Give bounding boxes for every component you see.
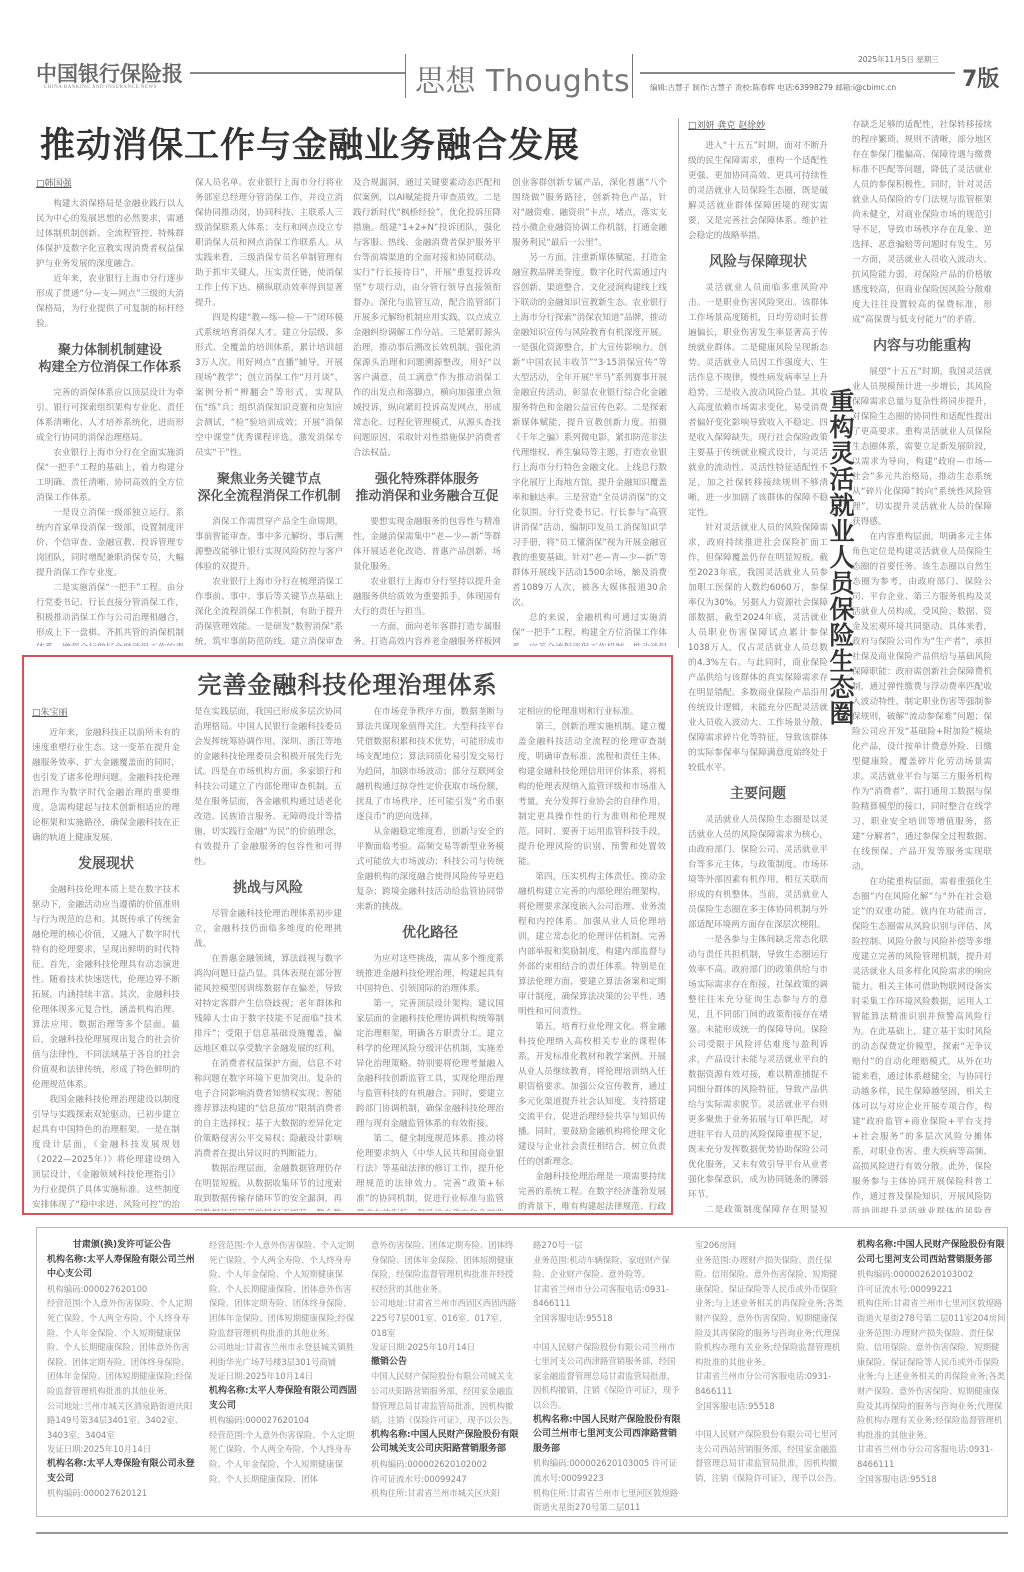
heading-line: 聚焦业务关键节点 — [195, 471, 343, 488]
business-scope: 意外伤害保险、团体定期寿险、团体终身保险、团体年金保险、团体短期健康保险，经保险… — [371, 1238, 521, 1296]
paragraph: 近年来，金融科技正以前所未有的速度重塑行业生态。这一变革在提升金融服务效率、扩大… — [32, 726, 180, 846]
paragraph: 进入“十五五”时期，面对不断升级的民生保障需求，重构一个适配性更强、更加协同高效… — [688, 139, 828, 244]
institution-name: 机构名称:太平人寿保险有限公司兰州中心支公司 — [47, 1253, 197, 1282]
institution-name: 机构名称:太平人寿保险有限公司西固支公司 — [209, 1384, 359, 1413]
institution-code: 机构编码:000027620100 — [47, 1282, 197, 1297]
article2-column-3: 在市场竞争秩序方面，数据垄断与算法共谋现象值得关注。大型科技平台凭借数据积累和技… — [356, 705, 504, 1211]
column-divider — [678, 118, 679, 648]
newspaper-logo-en: CHINA BANKING AND INSURANCE NEWS — [44, 85, 157, 90]
bottom-rule — [36, 1532, 1008, 1534]
header-rule — [640, 72, 955, 74]
paragraph: 定相应的伦理准则和行业标准。 — [518, 705, 666, 720]
article1-column-3: 及合规漏洞，通过关键要素动态匹配和似案例，以AI赋能提升审查质效。二是践行新时代… — [353, 176, 501, 646]
newspaper-logo: 中国银行保险报 — [36, 58, 183, 88]
article3-vertical-title: 重构灵活就业人员保险生态圈 — [823, 388, 853, 726]
business-scope: 经营范围:个人意外伤害保险、个人定期死亡保险、个人两全寿险、个人终身寿险、个人年… — [47, 1296, 197, 1398]
paragraph: 消保工作需贯穿产品全生命周期。事前智能审查、事中多元解纷、事后溯源整改能够让银行… — [195, 515, 343, 575]
issue-date: 发证日期:2025年10月14日 — [371, 1340, 521, 1355]
heading-line: 构建全方位消保工作体系 — [36, 359, 184, 376]
article2-box: 完善金融科技伦理治理体系 □朱宝丽 近年来，金融科技正以前所未有的速度重塑行业生… — [22, 655, 673, 1215]
national-phone: 全国客服电话:95518 — [857, 1472, 1007, 1487]
notice-column-3: 意外伤害保险、团体定期寿险、团体终身保险、团体年金保险、团体短期健康保险，经保险… — [371, 1238, 521, 1501]
section-heading: 内容与功能重构 — [852, 338, 992, 355]
notice-column-5: 室206房间 业务范围:办理财产损失保险、责任保险、信用保险、意外伤害保险、短期… — [695, 1238, 845, 1486]
section-title: 思想 Thoughts — [415, 56, 630, 100]
header-divider — [405, 54, 406, 98]
paragraph: 在市场竞争秩序方面，数据垄断与算法共谋现象值得关注。大型科技平台凭借数据积累和技… — [356, 705, 504, 825]
paragraph: 在消费者权益保护方面，信息不对称问题在数字环境下更加突出。复杂的电子合同影响消费… — [194, 1057, 342, 1162]
paragraph: 四是构建“教—练—检—干”闭环模式系统培育消保人才。建立分层级、多形式、全覆盖的… — [195, 311, 343, 461]
national-phone: 全国客服电话:95518 — [533, 1311, 683, 1326]
institution-address: 机构住所:甘肃省兰州市七里河区敦煌路街道火星街270号第二层011 — [533, 1486, 683, 1515]
section-heading: 风险与保障现状 — [688, 254, 828, 271]
paragraph: 一是设立消保一级部独立运行。系统内首家单设消保一级部，设置制度评价、个信审查、金… — [36, 506, 184, 581]
editor-credits: 编辑:古慧子 制作:古慧子 责校:陈春辉 电话:63998279 邮箱:i@cb… — [650, 82, 896, 93]
license-number: 许可证流水号:00099247 — [371, 1472, 521, 1487]
paragraph: 第一，完善顶层设计架构。建议国家层面的金融科技伦理协调机构统筹制定治理框架，明确… — [356, 997, 504, 1132]
paragraph: 总的来说，金融机构可通过实施消保“一把手”工程，构建全方位消保工作体系，完善全流… — [512, 611, 667, 646]
business-scope: 经营范围:个人意外伤害保险、个人定期死亡保险、个人两全寿险、个人终身寿险、个人年… — [209, 1238, 359, 1340]
paragraph: 一是各参与主体间缺乏常态化联动与责任共担机制，导致生态圈运行效率不高。政府部门的… — [688, 933, 828, 1203]
service-phone: 甘肃省兰州市分公司客服电话:0931-8466111 — [695, 1369, 845, 1398]
article3-column-1: □刘妍 龚克 赵徐妙 进入“十五五”时期，面对不断升级的民生保障需求，重构一个适… — [688, 118, 828, 1213]
revocation-title: 撤销公告 — [371, 1355, 521, 1370]
institution-code: 机构编码:000027620104 — [209, 1413, 359, 1428]
business-scope: 业务范围:办理财产损失保险、责任保险、信用保险、意外伤害保险、短期健康保险、保证… — [857, 1326, 1007, 1443]
paragraph: 创业客群创新专属产品，深化普惠“八个围绕做”服务路径，创新特色产品，针对“融资难… — [512, 176, 667, 251]
paragraph: 完善的消保体系应以顶层设计为牵引。银行可探索组织架构专业化、责任体系清晰化、人才… — [36, 386, 184, 446]
notice-column-1: 甘肃颁(换)发许可证公告 机构名称:太平人寿保险有限公司兰州中心支公司 机构编码… — [47, 1238, 197, 1501]
paragraph: 灵活就业人员保险生态圈是以灵活就业人员的风险保障需求为核心，由政府部门、保险公司… — [688, 813, 828, 933]
paragraph: 针对灵活就业人员的风险保障需求，政府持续推进社会保险扩面工作，但保障覆盖仍存在明… — [688, 521, 828, 776]
institution-address: 机构住所:甘肃省兰州市城关区庆阳 — [371, 1486, 521, 1501]
paragraph: 灵活就业人员面临多重风险冲击。一是职业伤害风险突出。该群体工作场景高度随机，日均… — [688, 281, 828, 521]
institution-address: 公司地址:兰州市城关区酒泉路街道庆阳路149号第34层3401室、3402室、3… — [47, 1399, 197, 1443]
notice-column-2: 经营范围:个人意外伤害保险、个人定期死亡保险、个人两全寿险、个人终身寿险、个人年… — [209, 1238, 359, 1486]
paragraph: 在内容重构层面，明确多元主体角色定位是构建灵活就业人员保险生态圈的首要任务。该生… — [852, 530, 992, 875]
national-phone: 全国客服电话:95518 — [695, 1399, 845, 1414]
paragraph: 存缺乏足够的适配性，社保转移接续的程序繁琐、规则不清晰，部分地区存在参保门槛偏高… — [852, 118, 992, 328]
issue-date: 2025年11月5日 星期三 — [858, 54, 939, 65]
paragraph: 第四，压实机构主体责任。推动金融机构建立完善的内部伦理治理架构，将伦理要求深度嵌… — [518, 870, 666, 1020]
paragraph: 第五，培育行业伦理文化。将金融科技伦理纳入高校相关专业的课程体系，开发标准化教材… — [518, 1020, 666, 1170]
institution-name: 机构名称:太平人寿保险有限公司永登支公司 — [47, 1457, 197, 1486]
spacer — [533, 1326, 683, 1340]
paragraph: 二是实施消保“一把手”工程。由分行党委书记、行长直接分管消保工作，积极推动消保工… — [36, 581, 184, 646]
institution-address: 公司地址:甘肃省兰州市永登县城关镇胜利街华光广场7号楼3层301号商铺 — [209, 1340, 359, 1369]
paragraph: 要想实现金融服务的包容性与精准性，金融消保需集中“老—少—新”等群体开展适老化改… — [353, 515, 501, 575]
notice-column-4: 路270号一层 业务范围:机动车辆保险、家庭财产保险、企业财产保险、意外险等。 … — [533, 1238, 683, 1515]
notice-title: 甘肃颁(换)发许可证公告 — [47, 1238, 197, 1253]
heading-line: 强化特殊群体服务 — [353, 471, 501, 488]
paragraph: 另一方面，注重新媒体赋能，打造金融宣教品牌美誉度。数字化时代需通过内容创新、渠道… — [512, 251, 667, 611]
paragraph: 农业银行上海市分行在梳理消保工作事前、事中、事后等关键节点基础上深化全流程消保工… — [195, 575, 343, 646]
revocation-text: 中国人民财产保险股份有限公司城关支公司庆阳路营销服务部，经国家金融监督管理总局甘… — [371, 1369, 521, 1427]
header-divider — [632, 54, 633, 98]
institution-address: 路270号一层 — [533, 1238, 683, 1253]
institution-name: 机构名称:中国人民财产保险股份有限公司七里河支公司西站营销服务部 — [857, 1238, 1007, 1267]
paragraph: 是在实践层面，我国已形成多层次协同治理格局。中国人民银行金融科技委员会发挥统筹协… — [194, 705, 342, 870]
section-heading: 主要问题 — [688, 786, 828, 803]
paragraph: 我国金融科技伦理治理建设以制度引导与实践探索双轮驱动，已初步建立起具有中国特色的… — [32, 1093, 180, 1211]
institution-name: 机构名称:中国人民财产保险股份有限公司兰州市七里河支公司西津路营销服务部 — [533, 1413, 683, 1457]
paragraph: 金融科技伦理治理是一项需要持续完善的系统工程。在数字经济蓬勃发展的背景下，唯有构… — [518, 1170, 666, 1211]
business-scope: 经营范围:个人意外伤害保险、个人定期死亡保险、个人两全寿险、个人终身寿险、个人年… — [209, 1428, 359, 1486]
article2-column-2: 是在实践层面，我国已形成多层次协同治理格局。中国人民银行金融科技委员会发挥统筹协… — [194, 705, 342, 1211]
section-heading: 强化特殊群体服务 推动消保和业务融合互促 — [353, 471, 501, 505]
paragraph: 数据治理层面，金融数据管理仍存在明显短板。从数据收集环节的过度索取到数据传输存储… — [194, 1162, 342, 1211]
notice-column-6: 机构名称:中国人民财产保险股份有限公司七里河支公司西站营销服务部 机构编码:00… — [857, 1238, 1007, 1486]
notices-section: 甘肃颁(换)发许可证公告 机构名称:太平人寿保险有限公司兰州中心支公司 机构编码… — [36, 1227, 1008, 1517]
paragraph: 构建大消保格局是金融业践行以人民为中心的发展思想的必然要求，需通过体制机制创新、… — [36, 197, 184, 272]
section-heading: 聚焦业务关键节点 深化全流程消保工作机制 — [195, 471, 343, 505]
article1-column-1: □韩国强 构建大消保格局是金融业践行以人民为中心的发展思想的必然要求，需通过体制… — [36, 176, 184, 646]
paragraph: 为应对这些挑战，需从多个维度系统推进金融科技伦理治理，构建起具有中国特色、引领国… — [356, 952, 504, 997]
institution-name: 机构名称:中国人民财产保险股份有限公司城关支公司庆阳路营销服务部 — [371, 1428, 521, 1457]
service-phone: 甘肃省兰州市分公司客服电话:0931-8466111 — [857, 1442, 1007, 1471]
business-scope: 业务范围:机动车辆保险、家庭财产保险、企业财产保险、意外险等。 — [533, 1253, 683, 1282]
article2-column-4: 定相应的伦理准则和行业标准。 第三，创新治理实施机制。建立覆盖金融科技活动全流程… — [518, 705, 666, 1211]
paragraph: 二是政策制度保障存在明显短板，市场环境发展存在明显弱化。一方面，现行社会保险制度… — [688, 1203, 828, 1213]
service-phone: 甘肃省兰州市分公司客服电话:0931-8466111 — [533, 1282, 683, 1311]
article1-column-4: 创业客群创新专属产品，深化普惠“八个围绕做”服务路径，创新特色产品，针对“融资难… — [512, 176, 667, 646]
institution-code: 机构编码:000002620102002 — [371, 1457, 521, 1472]
section-heading: 优化路径 — [356, 925, 504, 942]
paragraph: 农业银行上海市分行坚持以提升金融服务供给质效为重要抓手，体现国有大行的责任与担当… — [353, 575, 501, 620]
revocation-text: 中国人民财产保险股份有限公司兰州市七里河支公司西津路营销服务部，经国家金融监督管… — [533, 1340, 683, 1413]
paragraph: 从金融稳定维度看，创新与安全的平衡面临考验。高频交易等新型业务模式可能放大市场波… — [356, 825, 504, 915]
article2-column-1: □朱宝丽 近年来，金融科技正以前所未有的速度重塑行业生态。这一变革在提升金融服务… — [32, 705, 180, 1211]
paragraph: 保人员名单。农业银行上海市分行将业务部室总经理分管消保工作，并设立消保协同推动岗… — [195, 176, 343, 311]
masthead: 中国银行保险报 CHINA BANKING AND INSURANCE NEWS… — [0, 52, 1024, 100]
paragraph: 展望“十五五”时期，我国灵活就业人员规模预计进一步增长，其风险保障需求总量与复杂… — [852, 365, 992, 530]
business-scope: 业务范围:办理财产损失保险、责任保险、信用保险、意外伤害保险、短期健康保险、保证… — [695, 1253, 845, 1370]
heading-line: 深化全流程消保工作机制 — [195, 488, 343, 505]
paragraph: 农业银行上海市分行在全面实施消保“一把手”工程的基础上，着力构建分工明确、责任清… — [36, 446, 184, 506]
institution-address: 室206房间 — [695, 1238, 845, 1253]
spacer — [695, 1413, 845, 1427]
section-heading: 聚力体制机制建设 构建全方位消保工作体系 — [36, 342, 184, 376]
paragraph: 第三，创新治理实施机制。建立覆盖金融科技活动全流程的伦理审查制度，明确审查标准、… — [518, 720, 666, 870]
institution-address: 机构住所:甘肃省兰州市七里河区敦煌路街道火星街278号第二层011室204房间 — [857, 1296, 1007, 1325]
paragraph: 在功能重构层面，需着重强化生态圈“内在风险化解”与“外在社会稳定”的双重功能。就… — [852, 875, 992, 1213]
paragraph: 尽管金融科技伦理治理体系初步建立，金融科技仍面临多维度的伦理挑战。 — [194, 907, 342, 952]
section-heading: 挑战与风险 — [194, 880, 342, 897]
heading-line: 推动消保和业务融合互促 — [353, 488, 501, 505]
paragraph: 第二，健全制度规范体系。推动将伦理要求纳入《中华人民共和国商业银行法》等基础法律… — [356, 1132, 504, 1211]
institution-address: 公司地址:甘肃省兰州市西固区西固西路225号7层001室、016室、017室、0… — [371, 1296, 521, 1340]
revocation-text: 中国人民财产保险股份有限公司七里河支公司西站营销服务部，经国家金融监督管理总局甘… — [695, 1427, 845, 1485]
paragraph: 在普惠金融领域，算法歧视与数字鸿沟问题日益凸显。具体表现在部分智能风控模型因训练… — [194, 952, 342, 1057]
article1-column-2: 保人员名单。农业银行上海市分行将业务部室总经理分管消保工作，并设立消保协同推动岗… — [195, 176, 343, 646]
byline: □韩国强 — [36, 176, 184, 189]
byline: □刘妍 龚克 赵徐妙 — [688, 118, 828, 131]
header-rule — [190, 72, 405, 74]
article-title: 完善金融科技伦理治理体系 — [24, 665, 671, 700]
paragraph: 金融科技伦理本质上是在数字技术驱动下，金融活动应当遵循的价值准则与行为规范的总和… — [32, 883, 180, 1093]
article-title: 推动消保工作与金融业务融合发展 — [40, 118, 580, 168]
heading-line: 聚力体制机制建设 — [36, 342, 184, 359]
section-heading: 发展现状 — [32, 856, 180, 873]
institution-code: 机构编码:000027620121 — [47, 1486, 197, 1501]
paragraph: 及合规漏洞，通过关键要素动态匹配和似案例，以AI赋能提升审查质效。二是践行新时代… — [353, 176, 501, 461]
article3-column-2: 存缺乏足够的适配性，社保转移接续的程序繁琐、规则不清晰，部分地区存在参保门槛偏高… — [852, 118, 992, 1213]
page-number: 7版 — [962, 62, 999, 93]
license-number: 许可证流水号:00099221 — [857, 1282, 1007, 1297]
byline: □朱宝丽 — [32, 705, 180, 718]
institution-code: 机构编码:000002620103002 — [857, 1267, 1007, 1282]
paragraph: 一方面，面向老年客群打造专属服务。打造高效内容养老金融服务样板网点，完成114家… — [353, 620, 501, 646]
paragraph: 近年来，农业银行上海市分行逐步形成了贯通“分—支—网点”三级的大消保格局，为行业… — [36, 272, 184, 332]
institution-code: 机构编码:000002620103005 许可证流水号:00099223 — [533, 1456, 683, 1485]
issue-date: 发证日期:2025年10月14日 — [47, 1442, 197, 1457]
issue-date: 发证日期:2025年10月14日 — [209, 1369, 359, 1384]
